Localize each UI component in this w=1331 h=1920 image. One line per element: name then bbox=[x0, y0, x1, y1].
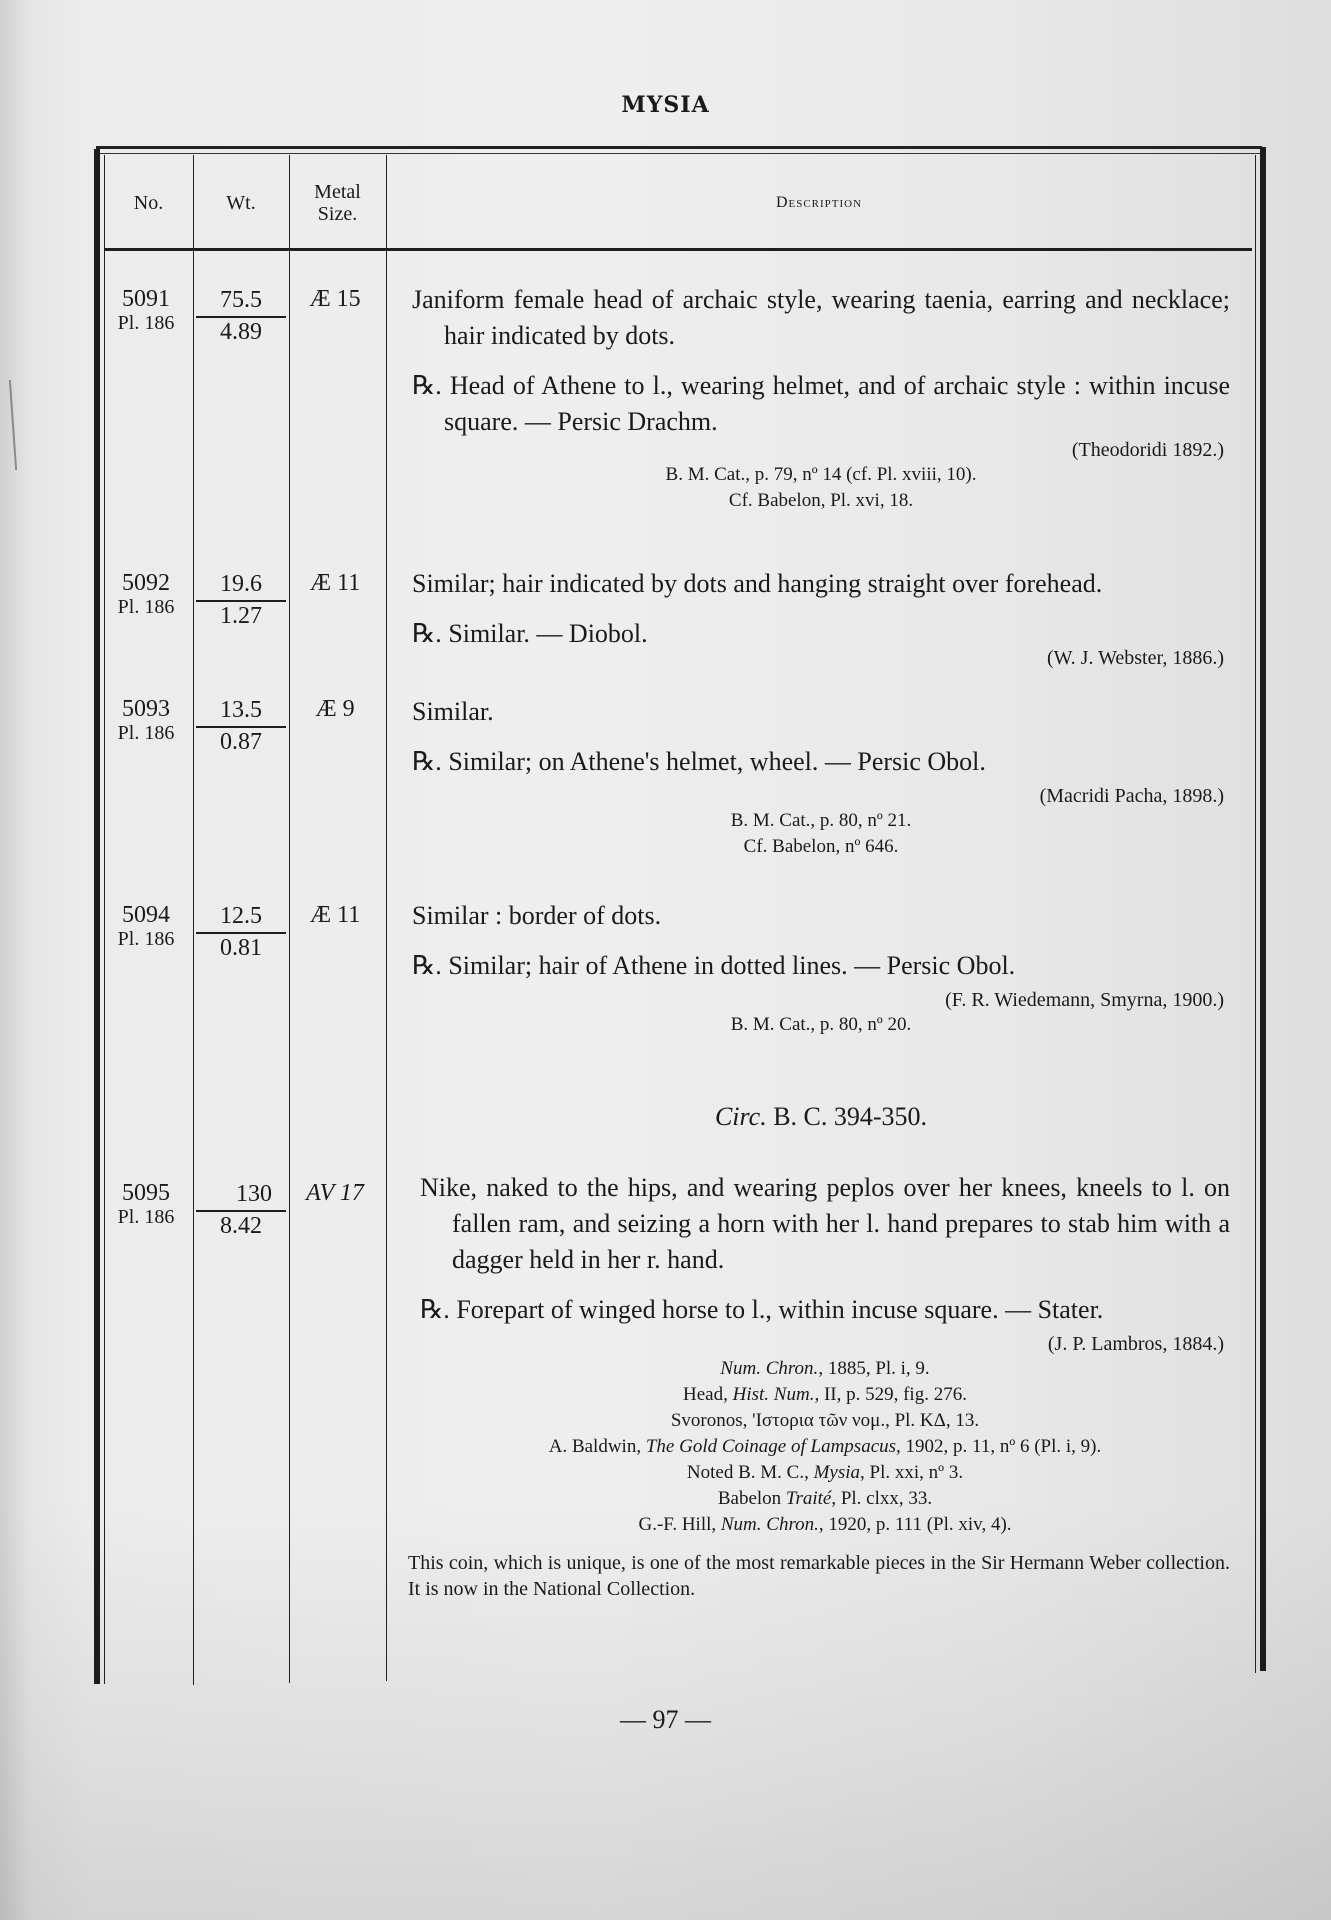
period-heading: Circ. B. C. 394-350. bbox=[412, 1102, 1230, 1132]
header-no: No. bbox=[104, 155, 193, 251]
reverse-text: Similar; on Athene's helmet, wheel. — Pe… bbox=[448, 747, 986, 776]
header-description: Description bbox=[386, 155, 1252, 251]
reference: Head, Hist. Num., II, p. 529, fig. 276. bbox=[420, 1382, 1230, 1408]
entry-description-5094: Similar : border of dots. ℞. Similar; ha… bbox=[412, 898, 1230, 1038]
table-right-inner-rule bbox=[1255, 155, 1256, 1673]
entry-metal-5093: Æ 9 bbox=[290, 696, 380, 723]
entry-weight-5095: 130 8.42 bbox=[196, 1180, 286, 1240]
entry-metal-5095: AV 17 bbox=[290, 1180, 380, 1207]
entry-metal-5091: Æ 15 bbox=[290, 286, 380, 313]
reference: Cf. Babelon, nº 646. bbox=[412, 834, 1230, 860]
table-header: No. Wt. Metal Size. Description bbox=[104, 155, 1252, 251]
entry-number-5091: 5091 Pl. 186 bbox=[100, 286, 192, 334]
adjacent-page-edge bbox=[0, 380, 17, 470]
reverse-line: ℞. Similar; hair of Athene in dotted lin… bbox=[412, 948, 1230, 984]
reverse-line: ℞. Forepart of winged horse to l., withi… bbox=[420, 1292, 1230, 1328]
period-dates: B. C. 394-350. bbox=[773, 1102, 927, 1131]
obverse-text: Similar. bbox=[412, 694, 1230, 730]
header-wt: Wt. bbox=[193, 155, 289, 251]
column-divider-no bbox=[193, 155, 194, 1685]
reverse-text: Similar. — Diobol. bbox=[448, 619, 647, 648]
reference: B. M. Cat., p. 80, nº 20. bbox=[412, 1012, 1230, 1038]
header-metal-size: Metal Size. bbox=[289, 155, 386, 251]
header-description-label: Description bbox=[776, 192, 862, 214]
reference: B. M. Cat., p. 79, nº 14 (cf. Pl. xviii,… bbox=[412, 462, 1230, 488]
entry-description-5093: Similar. ℞. Similar; on Athene's helmet,… bbox=[412, 694, 1230, 860]
reverse-line: ℞. Similar; on Athene's helmet, wheel. —… bbox=[412, 744, 1230, 780]
entry-number-5095: 5095 Pl. 186 bbox=[100, 1180, 192, 1228]
reference: A. Baldwin, The Gold Coinage of Lampsacu… bbox=[420, 1434, 1230, 1460]
entry-metal-5094: Æ 11 bbox=[290, 902, 380, 929]
reverse-text: Forepart of winged horse to l., within i… bbox=[456, 1295, 1103, 1324]
reverse-text: Similar; hair of Athene in dotted lines.… bbox=[448, 951, 1015, 980]
header-size: Size. bbox=[318, 203, 357, 225]
reverse-text: Head of Athene to l., wearing helmet, an… bbox=[444, 371, 1230, 436]
entry-weight-5091: 75.5 4.89 bbox=[196, 286, 286, 346]
recipe-reverse-symbol: ℞. bbox=[412, 371, 442, 400]
reference: Num. Chron., 1885, Pl. i, 9. bbox=[420, 1356, 1230, 1382]
provenance: (J. P. Lambros, 1884.) bbox=[420, 1332, 1230, 1356]
collection-note: This coin, which is unique, is one of th… bbox=[408, 1550, 1230, 1602]
entry-number-5094: 5094 Pl. 186 bbox=[100, 902, 192, 950]
entry-weight-5094: 12.5 0.81 bbox=[196, 902, 286, 962]
recipe-reverse-symbol: ℞. bbox=[420, 1295, 450, 1324]
obverse-text: Similar; hair indicated by dots and hang… bbox=[412, 566, 1230, 602]
page-number: — 97 — bbox=[0, 1705, 1331, 1735]
recipe-reverse-symbol: ℞. bbox=[412, 747, 442, 776]
table-right-rule bbox=[1260, 147, 1266, 1671]
obverse-text: Similar : border of dots. bbox=[412, 898, 1230, 934]
reference: Cf. Babelon, Pl. xvi, 18. bbox=[412, 488, 1230, 514]
reference: B. M. Cat., p. 80, nº 21. bbox=[412, 808, 1230, 834]
entry-number-5093: 5093 Pl. 186 bbox=[100, 696, 192, 744]
provenance: (Theodoridi 1892.) bbox=[412, 438, 1230, 462]
reference: Svoronos, 'Ιστορια τῶν νομ., Pl. ΚΔ, 13. bbox=[420, 1408, 1230, 1434]
period-circ: Circ. bbox=[715, 1102, 767, 1131]
entry-metal-5092: Æ 11 bbox=[290, 570, 380, 597]
obverse-text: Nike, naked to the hips, and wearing pep… bbox=[420, 1170, 1230, 1278]
entry-weight-5093: 13.5 0.87 bbox=[196, 696, 286, 756]
provenance: (Macridi Pacha, 1898.) bbox=[412, 784, 1230, 808]
reference: Noted B. M. C., Mysia, Pl. xxi, nº 3. bbox=[420, 1460, 1230, 1486]
obverse-text: Janiform female head of archaic style, w… bbox=[412, 282, 1230, 354]
entry-number-5092: 5092 Pl. 186 bbox=[100, 570, 192, 618]
entry-weight-5092: 19.6 1.27 bbox=[196, 570, 286, 630]
entry-description-5091: Janiform female head of archaic style, w… bbox=[412, 282, 1230, 514]
provenance: (F. R. Wiedemann, Smyrna, 1900.) bbox=[412, 988, 1230, 1012]
recipe-reverse-symbol: ℞. bbox=[412, 619, 442, 648]
reverse-line: ℞. Head of Athene to l., wearing helmet,… bbox=[412, 368, 1230, 440]
entry-description-5095: Nike, naked to the hips, and wearing pep… bbox=[420, 1170, 1230, 1602]
reference: G.-F. Hill, Num. Chron., 1920, p. 111 (P… bbox=[420, 1512, 1230, 1538]
column-divider-metal bbox=[386, 155, 387, 1681]
entry-description-5092: Similar; hair indicated by dots and hang… bbox=[412, 566, 1230, 670]
reference: Babelon Traité, Pl. clxx, 33. bbox=[420, 1486, 1230, 1512]
recipe-reverse-symbol: ℞. bbox=[412, 951, 442, 980]
running-head: MYSIA bbox=[0, 92, 1331, 118]
header-metal: Metal bbox=[314, 181, 361, 203]
